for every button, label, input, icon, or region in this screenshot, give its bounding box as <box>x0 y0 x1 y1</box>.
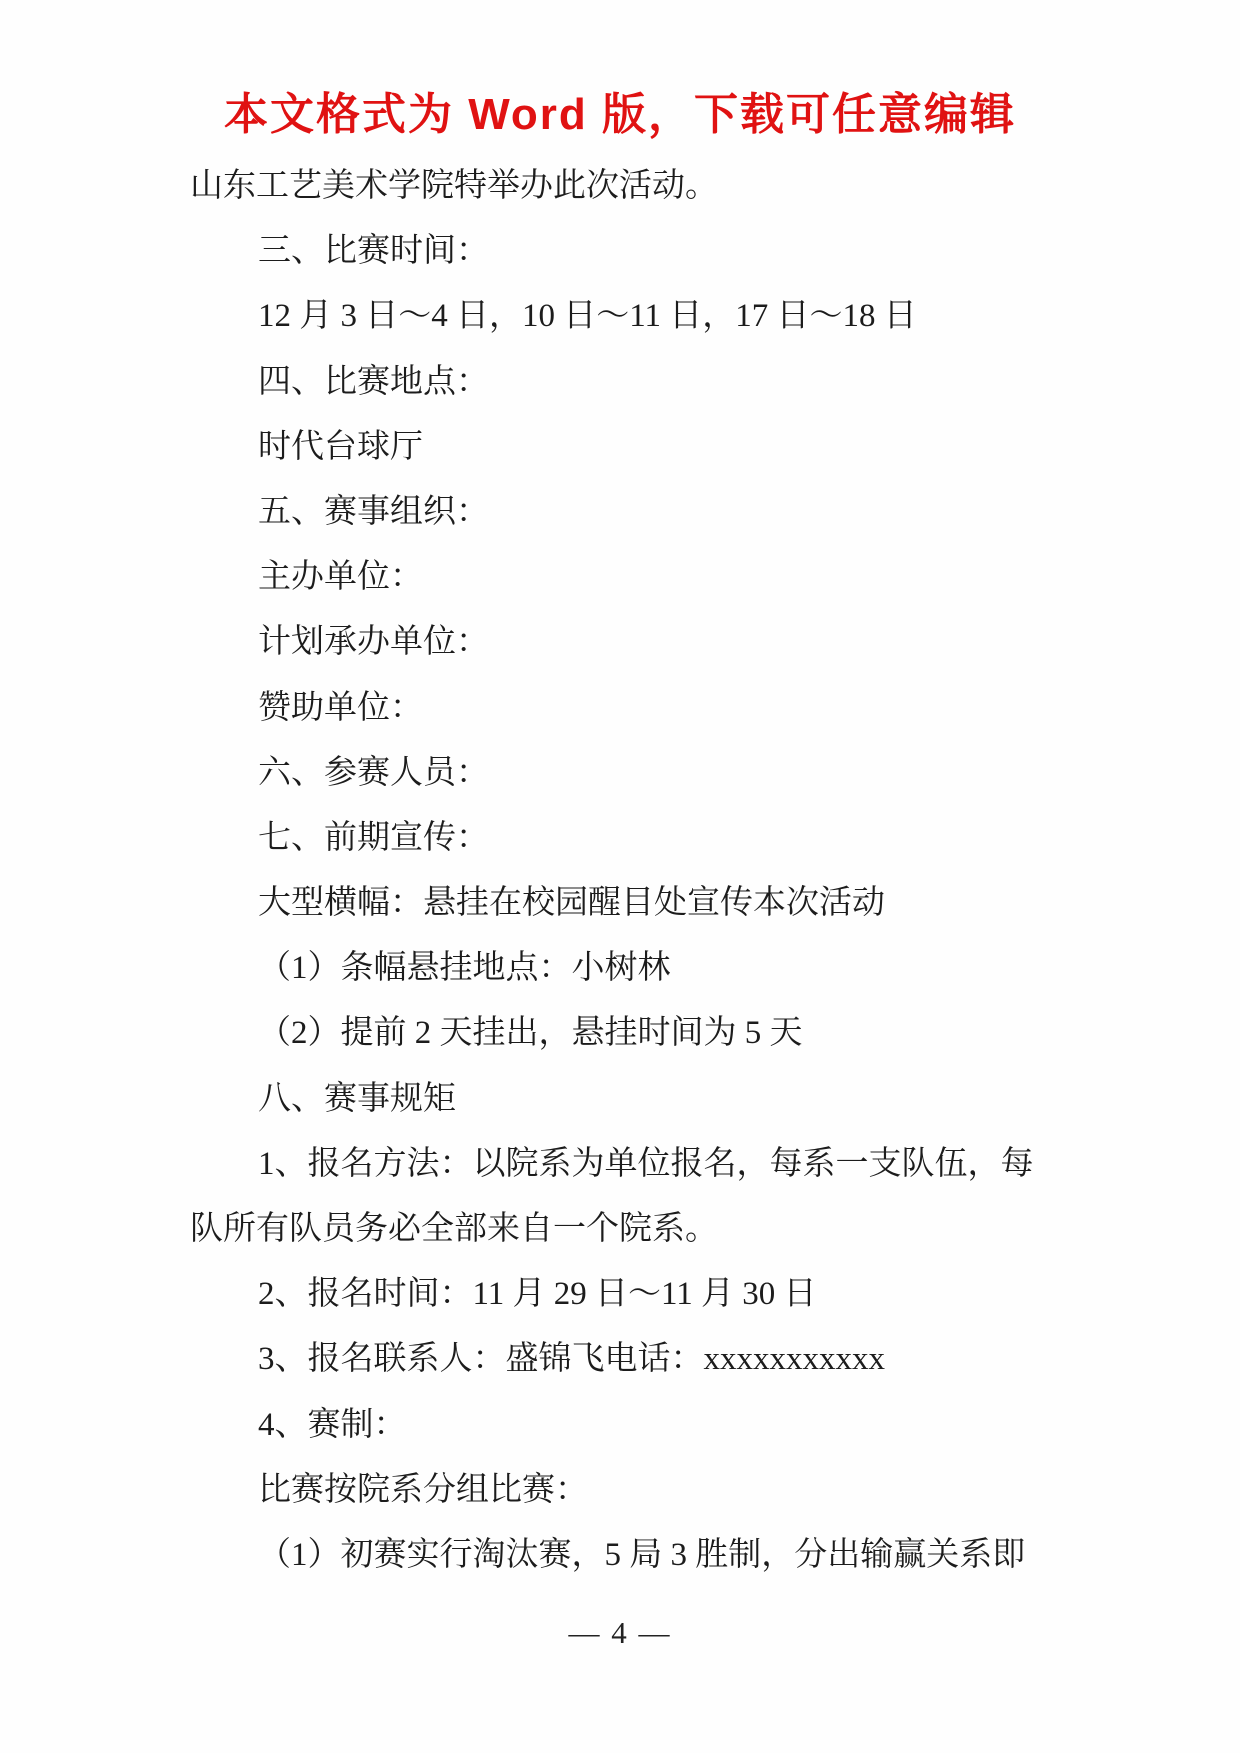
page-number: — 4 — <box>0 1610 1240 1656</box>
document-body: 山东工艺美术学院特举办此次活动。三、比赛时间：12 月 3 日～4 日，10 日… <box>190 154 1110 1588</box>
text-line: 比赛按院系分组比赛： <box>190 1458 1110 1523</box>
text-line: 七、前期宣传： <box>190 806 1110 871</box>
text-line: 3、报名联系人：盛锦飞电话：xxxxxxxxxxx <box>190 1327 1110 1392</box>
text-line: 赞助单位： <box>190 676 1110 741</box>
text-line: 1、报名方法：以院系为单位报名，每系一支队伍，每 <box>190 1132 1110 1197</box>
text-line: （1）条幅悬挂地点：小树林 <box>190 936 1110 1001</box>
text-line: 大型横幅：悬挂在校园醒目处宣传本次活动 <box>190 871 1110 936</box>
text-line: 时代台球厅 <box>190 415 1110 480</box>
text-line: 八、赛事规矩 <box>190 1067 1110 1132</box>
text-line: 计划承办单位： <box>190 610 1110 675</box>
text-line: （1）初赛实行淘汰赛，5 局 3 胜制，分出输赢关系即 <box>190 1523 1110 1588</box>
text-line: 12 月 3 日～4 日，10 日～11 日，17 日～18 日 <box>190 284 1110 349</box>
header-notice: 本文格式为 Word 版，下载可任意编辑 <box>40 90 1200 140</box>
text-line: 五、赛事组织： <box>190 480 1110 545</box>
text-line: 三、比赛时间： <box>190 219 1110 284</box>
document-page: 本文格式为 Word 版，下载可任意编辑 山东工艺美术学院特举办此次活动。三、比… <box>0 0 1240 1753</box>
text-line: （2）提前 2 天挂出，悬挂时间为 5 天 <box>190 1001 1110 1066</box>
text-line: 队所有队员务必全部来自一个院系。 <box>190 1197 1110 1262</box>
text-line: 山东工艺美术学院特举办此次活动。 <box>190 154 1110 219</box>
text-line: 4、赛制： <box>190 1393 1110 1458</box>
text-line: 主办单位： <box>190 545 1110 610</box>
text-line: 四、比赛地点： <box>190 350 1110 415</box>
text-line: 2、报名时间：11 月 29 日～11 月 30 日 <box>190 1262 1110 1327</box>
text-line: 六、参赛人员： <box>190 741 1110 806</box>
